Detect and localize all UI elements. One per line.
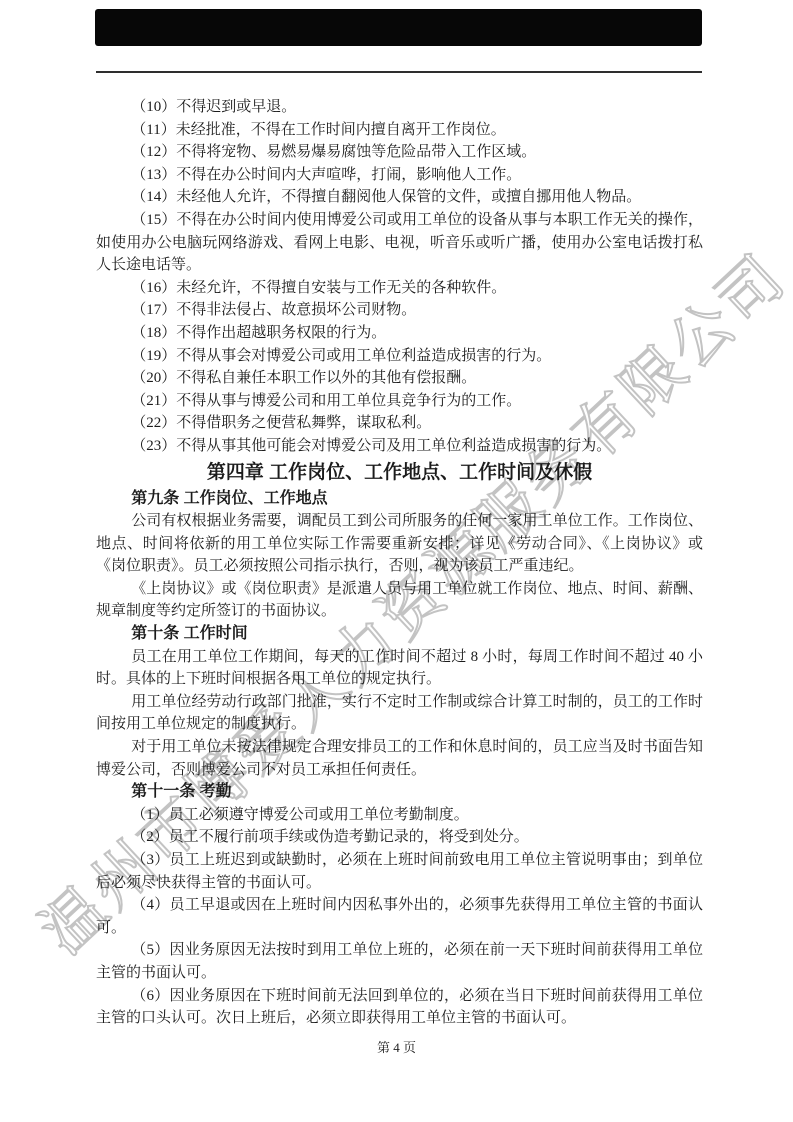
paragraph: （14）未经他人允许，不得擅自翻阅他人保管的文件，或擅自挪用他人物品。 <box>96 186 703 209</box>
paragraph: （16）未经允许，不得擅自安装与工作无关的各种软件。 <box>96 277 703 300</box>
paragraph: （11）未经批准，不得在工作时间内擅自离开工作岗位。 <box>96 119 703 142</box>
paragraph: （4）员工早退或因在上班时间内因私事外出的，必须事先获得用工单位主管的书面认可。 <box>96 894 703 939</box>
paragraph: （17）不得非法侵占、故意损坏公司财物。 <box>96 299 703 322</box>
paragraph: （15）不得在办公时间内使用博爱公司或用工单位的设备从事与本职工作无关的操作，如… <box>96 209 703 277</box>
section-heading: 第十一条 考勤 <box>96 781 703 804</box>
paragraph: （3）员工上班迟到或缺勤时，必须在上班时间前致电用工单位主管说明事由；到单位后必… <box>96 849 703 894</box>
header-rule <box>96 71 702 73</box>
paragraph: （13）不得在办公时间内大声喧哗，打闹，影响他人工作。 <box>96 164 703 187</box>
paragraph: 《上岗协议》或《岗位职责》是派遣人员与用工单位就工作岗位、地点、时间、薪酬、规章… <box>96 578 703 623</box>
paragraph: （1）员工必须遵守博爱公司或用工单位考勤制度。 <box>96 804 703 827</box>
paragraph: （12）不得将宠物、易燃易爆易腐蚀等危险品带入工作区域。 <box>96 141 703 164</box>
paragraph: （20）不得私自兼任本职工作以外的其他有偿报酬。 <box>96 367 703 390</box>
paragraph: （18）不得作出超越职务权限的行为。 <box>96 322 703 345</box>
paragraph: （23）不得从事其他可能会对博爱公司及用工单位利益造成损害的行为。 <box>96 435 703 458</box>
paragraph: （6）因业务原因在下班时间前无法回到单位的，必须在当日下班时间前获得用工单位主管… <box>96 985 703 1030</box>
paragraph: （19）不得从事会对博爱公司或用工单位利益造成损害的行为。 <box>96 345 703 368</box>
scan-artifact-bar <box>95 9 702 46</box>
paragraph: （22）不得借职务之便营私舞弊，谋取私利。 <box>96 412 703 435</box>
paragraph: （21）不得从事与博爱公司和用工单位具竞争行为的工作。 <box>96 390 703 413</box>
document-body: （10）不得迟到或早退。（11）未经批准，不得在工作时间内擅自离开工作岗位。（1… <box>96 96 703 1030</box>
chapter-heading: 第四章 工作岗位、工作地点、工作时间及休假 <box>96 459 703 486</box>
paragraph: 对于用工单位未按法律规定合理安排员工的工作和休息时间的，员工应当及时书面告知博爱… <box>96 736 703 781</box>
section-heading: 第十条 工作时间 <box>96 623 703 646</box>
paragraph: 用工单位经劳动行政部门批准，实行不定时工作制或综合计算工时制的，员工的工作时间按… <box>96 691 703 736</box>
document-page: 温州市博爱人力资源服务有限公司 （10）不得迟到或早退。（11）未经批准，不得在… <box>0 0 793 1122</box>
paragraph: 员工在用工单位工作期间，每天的工作时间不超过 8 小时，每周工作时间不超过 40… <box>96 646 703 691</box>
page-number: 第 4 页 <box>0 1037 793 1056</box>
section-heading: 第九条 工作岗位、工作地点 <box>96 488 703 511</box>
paragraph: （5）因业务原因无法按时到用工单位上班的，必须在前一天下班时间前获得用工单位主管… <box>96 939 703 984</box>
paragraph: 公司有权根据业务需要，调配员工到公司所服务的任何一家用工单位工作。工作岗位、地点… <box>96 510 703 578</box>
paragraph: （10）不得迟到或早退。 <box>96 96 703 119</box>
paragraph: （2）员工不履行前项手续或伪造考勤记录的，将受到处分。 <box>96 826 703 849</box>
